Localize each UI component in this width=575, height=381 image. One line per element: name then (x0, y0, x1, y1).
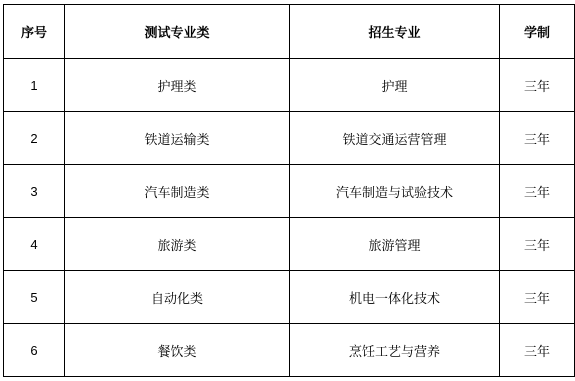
cell-major: 护理 (290, 59, 500, 112)
cell-no: 3 (4, 165, 65, 218)
cell-no: 1 (4, 59, 65, 112)
table-row: 2 铁道运输类 铁道交通运营管理 三年 (4, 112, 575, 165)
cell-category: 汽车制造类 (65, 165, 290, 218)
cell-no: 2 (4, 112, 65, 165)
cell-duration: 三年 (500, 112, 575, 165)
table-row: 5 自动化类 机电一体化技术 三年 (4, 271, 575, 324)
header-duration: 学制 (500, 5, 575, 59)
table-row: 6 餐饮类 烹饪工艺与营养 三年 (4, 324, 575, 377)
cell-category: 餐饮类 (65, 324, 290, 377)
table-row: 1 护理类 护理 三年 (4, 59, 575, 112)
cell-major: 汽车制造与试验技术 (290, 165, 500, 218)
header-no: 序号 (4, 5, 65, 59)
cell-major: 烹饪工艺与营养 (290, 324, 500, 377)
cell-no: 6 (4, 324, 65, 377)
table-row: 4 旅游类 旅游管理 三年 (4, 218, 575, 271)
cell-no: 4 (4, 218, 65, 271)
cell-no: 5 (4, 271, 65, 324)
header-category: 测试专业类 (65, 5, 290, 59)
header-row: 序号 测试专业类 招生专业 学制 (4, 5, 575, 59)
cell-major: 铁道交通运营管理 (290, 112, 500, 165)
cell-major: 机电一体化技术 (290, 271, 500, 324)
enrollment-table: 序号 测试专业类 招生专业 学制 1 护理类 护理 三年 2 铁道运输类 铁道交… (3, 4, 575, 377)
cell-duration: 三年 (500, 218, 575, 271)
cell-category: 旅游类 (65, 218, 290, 271)
cell-duration: 三年 (500, 324, 575, 377)
cell-category: 铁道运输类 (65, 112, 290, 165)
cell-category: 护理类 (65, 59, 290, 112)
cell-duration: 三年 (500, 59, 575, 112)
cell-duration: 三年 (500, 271, 575, 324)
header-major: 招生专业 (290, 5, 500, 59)
table-row: 3 汽车制造类 汽车制造与试验技术 三年 (4, 165, 575, 218)
cell-category: 自动化类 (65, 271, 290, 324)
cell-major: 旅游管理 (290, 218, 500, 271)
cell-duration: 三年 (500, 165, 575, 218)
